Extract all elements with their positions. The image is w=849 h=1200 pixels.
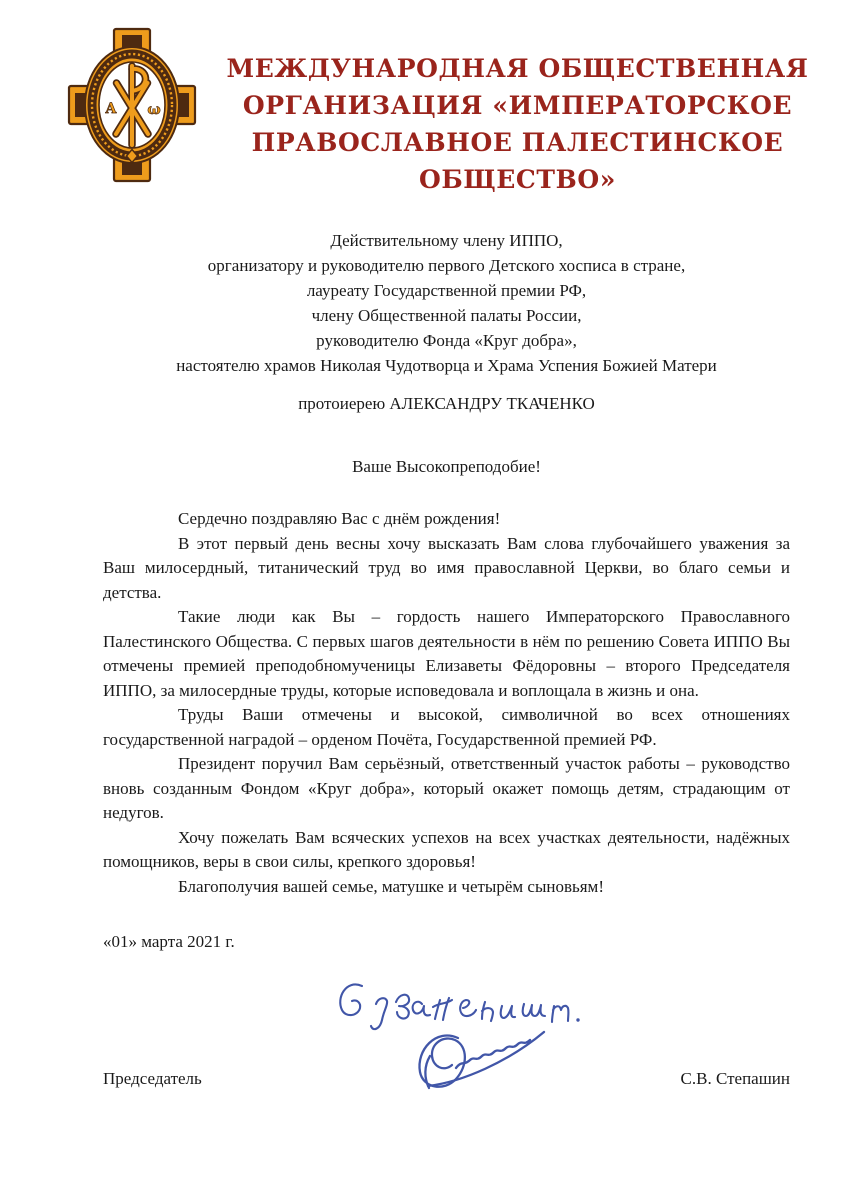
omega-letter: ω [147,102,160,118]
salutation: Ваше Высокопреподобие! [103,454,790,479]
addressee-line: члену Общественной палаты России, [103,303,790,328]
body-paragraph: В этот первый день весны хочу высказать … [103,532,790,606]
body-paragraph: Благополучия вашей семье, матушке и четы… [103,875,790,900]
addressee-line: организатору и руководителю первого Детс… [103,253,790,278]
body-paragraph: Президент поручил Вам серьёзный, ответст… [103,752,790,826]
org-name: МЕЖДУНАРОДНАЯ ОБЩЕСТВЕННАЯ ОРГАНИЗАЦИЯ «… [198,26,849,198]
ippo-emblem-icon: А ω [66,26,198,184]
alpha-letter: А [105,101,117,117]
letter-content: Действительному члену ИППО, организатору… [103,228,790,1091]
addressee-line: руководителю Фонда «Круг добра», [103,328,790,353]
signature-area [103,954,790,1066]
body-paragraph: Хочу пожелать Вам всяческих успехов на в… [103,826,790,875]
orthodox-cross-chi-rho-icon: А ω [66,26,198,184]
letterhead: А ω МЕЖДУНАРОДНАЯ ОБЩЕСТВЕННАЯ ОРГАНИЗАЦ… [0,0,849,198]
footer-position-title: Председатель [103,1066,202,1091]
signature-autograph [419,1032,544,1088]
addressee-block: Действительному члену ИППО, организатору… [103,228,790,378]
org-name-line: ПРАВОСЛАВНОЕ ПАЛЕСТИНСКОЕ ОБЩЕСТВО» [212,124,823,198]
letter-body: Сердечно поздравляю Вас с днём рождения!… [103,507,790,899]
date-line: «01» марта 2021 г. [103,929,790,954]
addressee-line: Действительному члену ИППО, [103,228,790,253]
addressee-line: лауреату Государственной премии РФ, [103,278,790,303]
body-paragraph: Такие люди как Вы – гордость нашего Импе… [103,605,790,703]
addressee-name-line: протоиерею АЛЕКСАНДРУ ТКАЧЕНКО [103,391,790,416]
letter-page: А ω МЕЖДУНАРОДНАЯ ОБЩЕСТВЕННАЯ ОРГАНИЗАЦ… [0,0,849,1200]
org-name-line: МЕЖДУНАРОДНАЯ ОБЩЕСТВЕННАЯ [212,50,823,87]
regards-handwriting [340,984,579,1029]
org-name-line: ОРГАНИЗАЦИЯ «ИМПЕРАТОРСКОЕ [212,87,823,124]
handwritten-signature-icon [332,970,622,1100]
body-paragraph: Труды Ваши отмечены и высокой, символичн… [103,703,790,752]
footer-signer-name: С.В. Степашин [681,1066,790,1091]
body-paragraph: Сердечно поздравляю Вас с днём рождения! [103,507,790,532]
addressee-line: настоятелю храмов Николая Чудотворца и Х… [103,353,790,378]
